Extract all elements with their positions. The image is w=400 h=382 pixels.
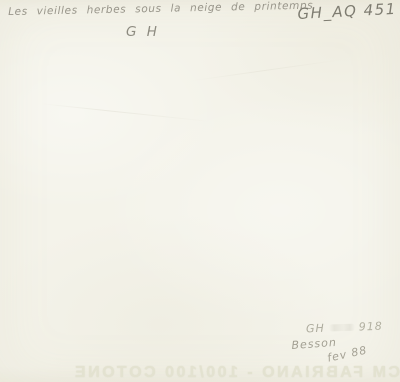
archive-code: GH_AQ 451 <box>297 0 397 23</box>
paper-crease <box>191 60 340 82</box>
paper-brand-watermark-mirrored: CM FABRIANO - 100/100 COTONE <box>0 364 400 382</box>
handwritten-initials: G H <box>126 24 160 40</box>
bottom-code-line: GH 918 <box>306 320 383 336</box>
erased-pencil-smudge <box>329 324 355 332</box>
bottom-code-number: 918 <box>359 320 383 334</box>
handwritten-title: Les vieilles herbes sous la neige de pri… <box>8 0 313 18</box>
handwritten-name: Besson <box>291 336 337 352</box>
bottom-code-prefix: GH <box>306 322 325 336</box>
paper-sheet: Les vieilles herbes sous la neige de pri… <box>0 0 400 382</box>
paper-crease <box>40 103 209 122</box>
